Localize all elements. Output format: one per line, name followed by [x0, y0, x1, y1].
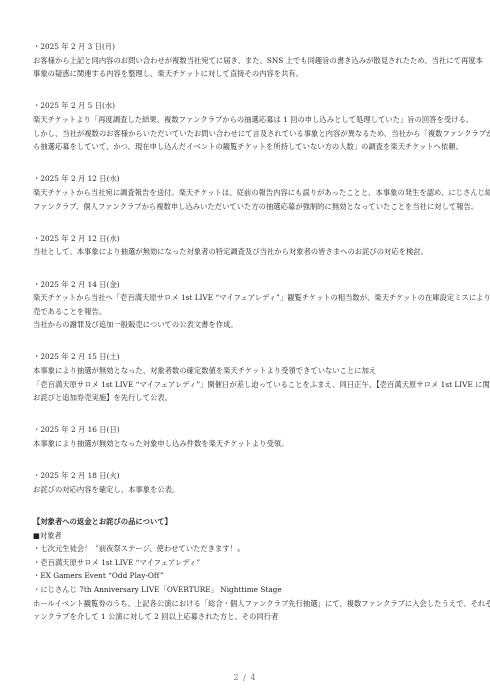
- event-item: ・七次元生徒会！〝前夜祭ステージ、使わせていただきます！〟: [33, 542, 459, 556]
- entry-text: お詫びの対応内容を確定し、本事象を公表。: [33, 483, 459, 497]
- page-indicator: 2 / 4: [0, 673, 490, 682]
- entry-date: ・2025 年 2 月 3 日(月): [33, 40, 459, 54]
- entry-text: 本事象により抽選が無効となった対象申し込み件数を楽天チケットより受領。: [33, 437, 459, 451]
- event-item: ・壱百満天原サロメ 1st LIVE “マイフェアレディ”: [33, 556, 459, 570]
- spacer: [33, 213, 459, 227]
- entry-text: 売であることを報告。: [33, 305, 459, 319]
- spacer: [33, 496, 459, 510]
- spacer: [33, 154, 459, 168]
- entry-text: お詫びと追加券売実施】を先行して公表。: [33, 391, 459, 405]
- entry-date: ・2025 年 2 月 18 日(火): [33, 469, 459, 483]
- timeline-entry: ・2025 年 2 月 12 日(水) 当社として、本事象により抽選が無効になっ…: [33, 232, 459, 259]
- timeline-entry: ・2025 年 2 月 3 日(月) お客様から上記と同内容のお問い合わせが複数…: [33, 40, 459, 81]
- entry-date: ・2025 年 2 月 15 日(土): [33, 350, 459, 364]
- entry-date: ・2025 年 2 月 14 日(金): [33, 278, 459, 292]
- event-item: ・EX Gamers Event “Odd Play-Off”: [33, 569, 459, 583]
- entry-text: ら抽選応募をしていて、かつ、現在申し込んだイベントの観覧チケットを所持していない…: [33, 140, 459, 154]
- entry-text: 楽天チケットから当社へ「壱百満天原サロメ 1st LIVE “マイフェアレディ”…: [33, 291, 459, 305]
- timeline-entry: ・2025 年 2 月 12 日(水) 楽天チケットから当社宛に調査報告を送付。…: [33, 172, 459, 213]
- entry-text: お客様から上記と同内容のお問い合わせが複数当社宛てに届き、また、SNS 上でも同…: [33, 54, 459, 68]
- entry-text: しかし、当社が複数のお客様からいただいていたお問い合わせにて言及されている事象と…: [33, 127, 459, 141]
- entry-text: 事象の疑惑に関連する内容を整理し、楽天チケットに対して直接その内容を共有。: [33, 67, 459, 81]
- entry-text: 楽天チケットから当社宛に調査報告を送付。楽天チケットは、従前の報告内容にも誤りが…: [33, 186, 459, 200]
- section-subheading: ■対象者: [33, 529, 459, 543]
- timeline-entry: ・2025 年 2 月 18 日(火) お詫びの対応内容を確定し、本事象を公表。: [33, 469, 459, 496]
- entry-text: 当社として、本事象により抽選が無効になった対象者の特定調査及び当社から対象者の皆…: [33, 245, 459, 259]
- spacer: [33, 451, 459, 465]
- section-description: ァンクラブを介して 1 公演に対して 2 回以上応募された方と、その同行者: [33, 610, 459, 624]
- timeline-entry: ・2025 年 2 月 15 日(土) 本事象により抽選が無効となった、対象者数…: [33, 350, 459, 404]
- entry-date: ・2025 年 2 月 12 日(水): [33, 232, 459, 246]
- entry-text: 楽天チケットより「再度調査した結果、複数ファンクラブからの抽選応募は 1 回の申…: [33, 113, 459, 127]
- spacer: [33, 259, 459, 273]
- event-item: ・にじさんじ 7th Anniversary LIVE「OVERTURE」 Ni…: [33, 583, 459, 597]
- entry-date: ・2025 年 2 月 12 日(水): [33, 172, 459, 186]
- entry-text: 当社からの謝罪及び追加一般販売についての公表文書を作成。: [33, 318, 459, 332]
- timeline-entry: ・2025 年 2 月 14 日(金) 楽天チケットから当社へ「壱百満天原サロメ…: [33, 278, 459, 332]
- entry-date: ・2025 年 2 月 5 日(水): [33, 99, 459, 113]
- entry-text: 「壱百満天原サロメ 1st LIVE “マイフェアレディ”」開催日が差し迫ってい…: [33, 378, 459, 392]
- section-heading: 【対象者への返金とお詫びの品について】: [33, 515, 459, 529]
- spacer: [33, 405, 459, 419]
- refund-section: 【対象者への返金とお詫びの品について】 ■対象者 ・七次元生徒会！〝前夜祭ステー…: [33, 515, 459, 624]
- document-page: ・2025 年 2 月 3 日(月) お客様から上記と同内容のお問い合わせが複数…: [33, 40, 459, 624]
- timeline-entry: ・2025 年 2 月 5 日(水) 楽天チケットより「再度調査した結果、複数フ…: [33, 99, 459, 153]
- spacer: [33, 81, 459, 95]
- entry-text: 本事象により抽選が無効となった、対象者数の確定数値を楽天チケットより受領できてい…: [33, 364, 459, 378]
- spacer: [33, 332, 459, 346]
- timeline-entry: ・2025 年 2 月 16 日(日) 本事象により抽選が無効となった対象申し込…: [33, 423, 459, 450]
- entry-text: ファンクラブ、個人ファンクラブから複数申し込みいただいていた方の抽選応募が強制的…: [33, 200, 459, 214]
- entry-date: ・2025 年 2 月 16 日(日): [33, 423, 459, 437]
- section-description: ホールイベント観覧券のうち、上記各公演における「総合・個人ファンクラブ先行抽選」…: [33, 597, 459, 611]
